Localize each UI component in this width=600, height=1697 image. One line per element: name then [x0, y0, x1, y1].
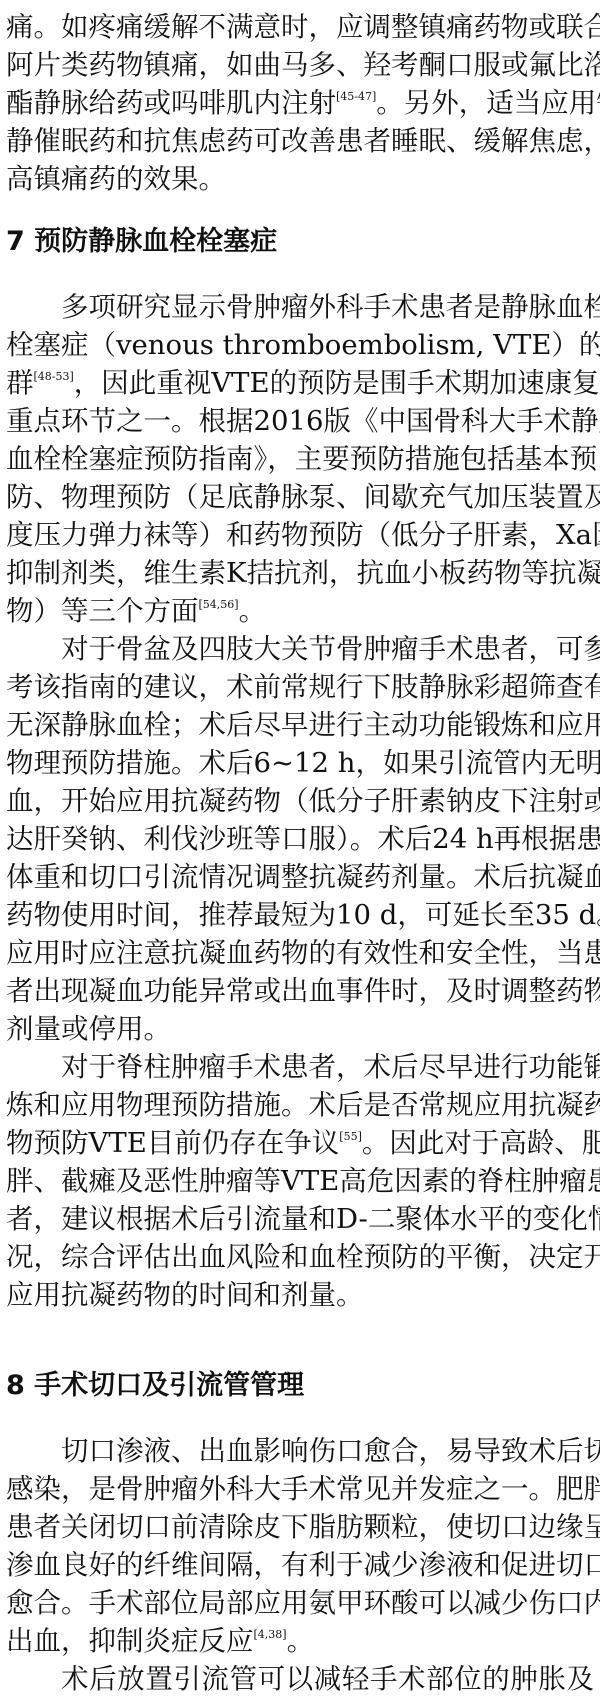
citation-ref[interactable]: [55]	[339, 1130, 362, 1143]
text-line: 血栓栓塞症预防指南》，主要预防措施包括基本预	[6, 440, 594, 478]
text-line: 体重和切口引流情况调整抗凝药剂量。术后抗凝血	[6, 858, 594, 896]
text-line: 防、物理预防（足底静脉泵、间歇充气加压装置及梯	[6, 478, 594, 516]
text-line: 者，建议根据术后引流量和D-二聚体水平的变化情	[6, 1200, 594, 1238]
text-line: 血，开始应用抗凝药物（低分子肝素钠皮下注射或磺	[6, 782, 594, 820]
text-line: 达肝癸钠、利伐沙班等口服）。术后24 h再根据患者	[6, 820, 594, 858]
text-line: 感染，是骨肿瘤外科大手术常见并发症之一。肥胖	[6, 1470, 594, 1508]
text-line: 者出现凝血功能异常或出血事件时，及时调整药物	[6, 972, 594, 1010]
text-line: 出血，抑制炎症反应[4,38]。	[6, 1622, 594, 1660]
text-line: 阿片类药物镇痛，如曲马多、羟考酮口服或氟比洛芬	[6, 46, 594, 84]
text-line: 对于骨盆及四肢大关节骨肿瘤手术患者，可参	[6, 630, 594, 668]
citation-ref[interactable]: [4,38]	[254, 1628, 287, 1641]
text-line: 应用抗凝药物的时间和剂量。	[6, 1276, 594, 1314]
text-line: 愈合。手术部位局部应用氨甲环酸可以减少伤口内	[6, 1584, 594, 1622]
text-line: 应用时应注意抗凝血药物的有效性和安全性，当患	[6, 934, 594, 972]
text-line: 术后放置引流管可以减轻手术部位的肿胀及	[6, 1660, 594, 1697]
text-line: 度压力弹力袜等）和药物预防（低分子肝素，Xa因子	[6, 516, 594, 554]
citation-ref[interactable]: [54,56]	[199, 598, 239, 611]
text-line: 群[48-53]，因此重视VTE的预防是围手术期加速康复的	[6, 364, 594, 402]
citation-ref[interactable]: [45-47]	[336, 90, 376, 103]
text-line: 切口渗液、出血影响伤口愈合，易导致术后切口	[6, 1432, 594, 1470]
text-line: 剂量或停用。	[6, 1010, 594, 1048]
text-line: 胖、截瘫及恶性肿瘤等VTE高危因素的脊柱肿瘤患	[6, 1162, 594, 1200]
text-line: 患者关闭切口前清除皮下脂肪颗粒，使切口边缘呈	[6, 1508, 594, 1546]
text-line: 酯静脉给药或吗啡肌内注射[45-47]。另外，适当应用镇	[6, 84, 594, 122]
text-line: 多项研究显示骨肿瘤外科手术患者是静脉血栓	[6, 288, 594, 326]
section-heading-7: 7 预防静脉血栓栓塞症	[6, 222, 277, 262]
text-line: 炼和应用物理预防措施。术后是否常规应用抗凝药	[6, 1086, 594, 1124]
text-line: 物）等三个方面[54,56]。	[6, 592, 594, 630]
text-line: 考该指南的建议，术前常规行下肢静脉彩超筛查有	[6, 668, 594, 706]
section-heading-8: 8 手术切口及引流管管理	[6, 1366, 304, 1406]
text-line: 高镇痛药的效果。	[6, 160, 594, 198]
text-line: 栓塞症（venous thromboembolism, VTE）的高危人	[6, 326, 594, 364]
text-line: 药物使用时间，推荐最短为10 d，可延长至35 d。在	[6, 896, 594, 934]
text-line: 静催眠药和抗焦虑药可改善患者睡眠、缓解焦虑，提	[6, 122, 594, 160]
text-line: 重点环节之一。根据2016版《中国骨科大手术静脉	[6, 402, 594, 440]
text-line: 物预防VTE目前仍存在争议[55]。因此对于高龄、肥	[6, 1124, 594, 1162]
text-line: 痛。如疼痛缓解不满意时，应调整镇痛药物或联合	[6, 8, 594, 46]
text-line: 对于脊柱肿瘤手术患者，术后尽早进行功能锻	[6, 1048, 594, 1086]
text-line: 况，综合评估出血风险和血栓预防的平衡，决定开始	[6, 1238, 594, 1276]
text-line: 抑制剂类，维生素K拮抗剂，抗血小板药物等抗凝药	[6, 554, 594, 592]
text-line: 无深静脉血栓；术后尽早进行主动功能锻炼和应用	[6, 706, 594, 744]
citation-ref[interactable]: [48-53]	[34, 370, 74, 383]
text-line: 物理预防措施。术后6~12 h，如果引流管内无明显出	[6, 744, 594, 782]
text-line: 渗血良好的纤维间隔，有利于减少渗液和促进切口	[6, 1546, 594, 1584]
